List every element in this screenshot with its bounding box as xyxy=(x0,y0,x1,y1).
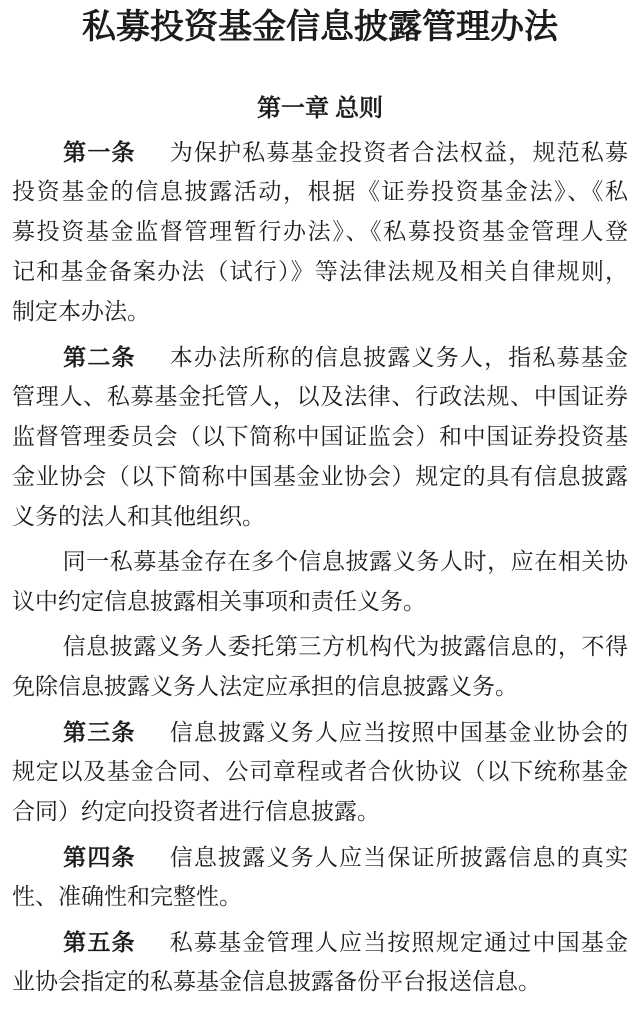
article-label: 第二条 xyxy=(62,344,170,370)
text-line: 免除信息披露义务人法定应承担的信息披露义务。 xyxy=(12,667,628,707)
text-line: 金业协会（以下简称中国基金业协会）规定的具有信息披露 xyxy=(12,457,628,497)
paragraph-5: 第三条信息披露义务人应当按照中国基金业协会的规定以及基金合同、公司章程或者合伙协… xyxy=(12,712,628,832)
text-line: 议中约定信息披露相关事项和责任义务。 xyxy=(12,582,628,622)
text-line: 规定以及基金合同、公司章程或者合伙协议（以下统称基金 xyxy=(12,752,628,792)
first-line-indent xyxy=(12,864,62,865)
text-line: 第四条信息披露义务人应当保证所披露信息的真实 xyxy=(12,837,628,877)
text-line: 第三条信息披露义务人应当按照中国基金业协会的 xyxy=(12,712,628,752)
line-text: 同一私募基金存在多个信息披露义务人时，应在相关协 xyxy=(62,549,628,574)
document-title: 私募投资基金信息披露管理办法 xyxy=(0,0,640,50)
text-line: 记和基金备案办法（试行）》等法律法规及相关自律规则， xyxy=(12,252,628,292)
text-line: 募投资基金监督管理暂行办法》、《私募投资基金管理人登 xyxy=(12,212,628,252)
paragraph-3: 同一私募基金存在多个信息披露义务人时，应在相关协议中约定信息披露相关事项和责任义… xyxy=(12,542,628,622)
text-line: 信息披露义务人委托第三方机构代为披露信息的，不得 xyxy=(12,627,628,667)
text-line: 管理人、私募基金托管人，以及法律、行政法规、中国证券 xyxy=(12,377,628,417)
article-label: 第三条 xyxy=(62,719,170,745)
line-text: 信息披露义务人应当保证所披露信息的真实 xyxy=(170,845,628,870)
article-label: 第五条 xyxy=(62,929,170,955)
text-line: 监督管理委员会（以下简称中国证监会）和中国证券投资基 xyxy=(12,417,628,457)
article-label: 第一条 xyxy=(62,139,170,165)
text-line: 同一私募基金存在多个信息披露义务人时，应在相关协 xyxy=(12,542,628,582)
document-page: 私募投资基金信息披露管理办法 第一章 总则 第一条为保护私募基金投资者合法权益，… xyxy=(0,0,640,1013)
article-label: 第四条 xyxy=(62,844,170,870)
text-line: 第二条本办法所称的信息披露义务人，指私募基金 xyxy=(12,337,628,377)
line-text: 信息披露义务人委托第三方机构代为披露信息的，不得 xyxy=(62,634,628,659)
first-line-indent xyxy=(12,159,62,160)
paragraph-2: 第二条本办法所称的信息披露义务人，指私募基金管理人、私募基金托管人，以及法律、行… xyxy=(12,337,628,537)
paragraph-7: 第五条私募基金管理人应当按照规定通过中国基金业协会指定的私募基金信息披露备份平台… xyxy=(12,922,628,1002)
line-text: 为保护私募基金投资者合法权益，规范私募 xyxy=(170,140,628,165)
paragraph-4: 信息披露义务人委托第三方机构代为披露信息的，不得免除信息披露义务人法定应承担的信… xyxy=(12,627,628,707)
first-line-indent xyxy=(12,949,62,950)
text-line: 投资基金的信息披露活动，根据《证券投资基金法》、《私 xyxy=(12,172,628,212)
line-text: 信息披露义务人应当按照中国基金业协会的 xyxy=(170,720,628,745)
first-line-indent xyxy=(12,653,62,654)
text-line: 义务的法人和其他组织。 xyxy=(12,497,628,537)
paragraph-1: 第一条为保护私募基金投资者合法权益，规范私募投资基金的信息披露活动，根据《证券投… xyxy=(12,132,628,332)
text-line: 性、准确性和完整性。 xyxy=(12,877,628,917)
text-line: 制定本办法。 xyxy=(12,292,628,332)
text-line: 第五条私募基金管理人应当按照规定通过中国基金 xyxy=(12,922,628,962)
first-line-indent xyxy=(12,364,62,365)
text-line: 业协会指定的私募基金信息披露备份平台报送信息。 xyxy=(12,962,628,1002)
first-line-indent xyxy=(12,739,62,740)
chapter-heading: 第一章 总则 xyxy=(0,94,640,124)
paragraph-6: 第四条信息披露义务人应当保证所披露信息的真实性、准确性和完整性。 xyxy=(12,837,628,917)
text-line: 第一条为保护私募基金投资者合法权益，规范私募 xyxy=(12,132,628,172)
text-line: 合同）约定向投资者进行信息披露。 xyxy=(12,792,628,832)
document-body: 第一条为保护私募基金投资者合法权益，规范私募投资基金的信息披露活动，根据《证券投… xyxy=(12,132,628,1002)
line-text: 本办法所称的信息披露义务人，指私募基金 xyxy=(170,345,628,370)
line-text: 私募基金管理人应当按照规定通过中国基金 xyxy=(170,930,628,955)
first-line-indent xyxy=(12,568,62,569)
